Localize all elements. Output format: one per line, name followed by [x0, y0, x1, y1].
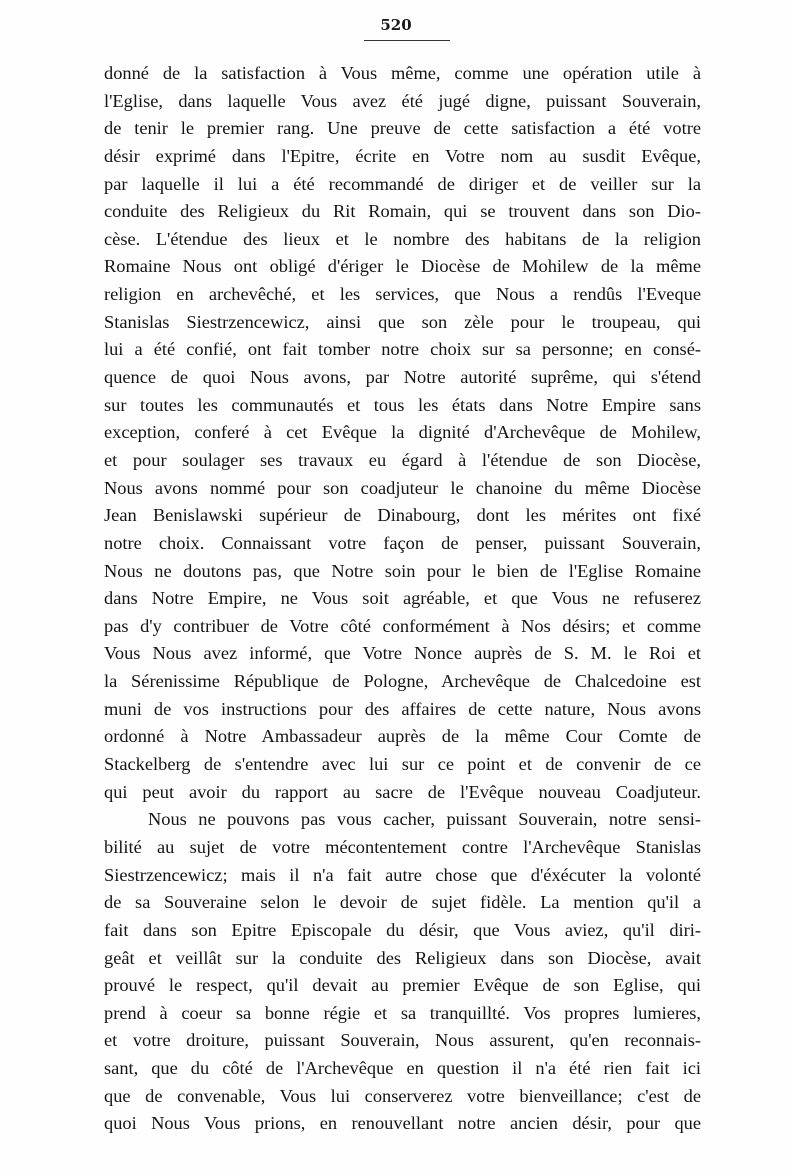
text-line: qui peut avoir du rapport au sacre de l'…	[104, 779, 701, 807]
text-line: par laquelle il lui a été recommandé de …	[104, 171, 701, 199]
text-line: et votre droiture, puissant Souverain, N…	[104, 1027, 701, 1055]
text-line: dans Notre Empire, ne Vous soit agréable…	[104, 585, 701, 613]
text-line: geât et veillât sur la conduite des Reli…	[104, 945, 701, 973]
text-line: religion en archevêché, et les services,…	[104, 281, 701, 309]
book-page: 520 donné de la satisfaction à Vous même…	[0, 0, 792, 1176]
text-line: quence de quoi Nous avons, par Notre aut…	[104, 364, 701, 392]
text-line: sant, que du côté de l'Archevêque en que…	[104, 1055, 701, 1083]
body-text: donné de la satisfaction à Vous même, co…	[104, 60, 701, 1138]
text-line: lui a été confié, ont fait tomber notre …	[104, 336, 701, 364]
text-line: de sa Souveraine selon le devoir de suje…	[104, 889, 701, 917]
text-line: muni de vos instructions pour des affair…	[104, 696, 701, 724]
text-line: cèse. L'étendue des lieux et le nombre d…	[104, 226, 701, 254]
text-line: Siestrzencewicz; mais il n'a fait autre …	[104, 862, 701, 890]
text-line: Nous avons nommé pour son coadjuteur le …	[104, 475, 701, 503]
page-number: 520	[0, 16, 792, 34]
text-line: prouvé le respect, qu'il devait au premi…	[104, 972, 701, 1000]
page-number-rule	[364, 40, 450, 41]
text-line: Nous ne doutons pas, que Notre soin pour…	[104, 558, 701, 586]
text-line: pas d'y contribuer de Votre côté conform…	[104, 613, 701, 641]
text-line: conduite des Religieux du Rit Romain, qu…	[104, 198, 701, 226]
text-line: exception, conferé à cet Evêque la digni…	[104, 419, 701, 447]
text-line: prend à coeur sa bonne régie et sa tranq…	[104, 1000, 701, 1028]
text-line: désir exprimé dans l'Epitre, écrite en V…	[104, 143, 701, 171]
text-line: ordonné à Notre Ambassadeur auprès de la…	[104, 723, 701, 751]
text-line: bilité au sujet de votre mécontentement …	[104, 834, 701, 862]
text-line: que de convenable, Vous lui conserverez …	[104, 1083, 701, 1111]
text-line: de tenir le premier rang. Une preuve de …	[104, 115, 701, 143]
text-line: Vous Nous avez informé, que Votre Nonce …	[104, 640, 701, 668]
text-line: l'Eglise, dans laquelle Vous avez été ju…	[104, 88, 701, 116]
text-line: Jean Benislawski supérieur de Dinabourg,…	[104, 502, 701, 530]
text-line: Stackelberg de s'entendre avec lui sur c…	[104, 751, 701, 779]
text-line: Romaine Nous ont obligé d'ériger le Dioc…	[104, 253, 701, 281]
text-line: et pour soulager ses travaux eu égard à …	[104, 447, 701, 475]
text-line: Stanislas Siestrzencewicz, ainsi que son…	[104, 309, 701, 337]
text-line: notre choix. Connaissant votre façon de …	[104, 530, 701, 558]
text-line: la Sérenissime République de Pologne, Ar…	[104, 668, 701, 696]
text-line: fait dans son Epitre Episcopale du désir…	[104, 917, 701, 945]
text-line: quoi Nous Vous prions, en renouvellant n…	[104, 1110, 701, 1138]
paragraph-first-line: Nous ne pouvons pas vous cacher, puissan…	[104, 806, 701, 834]
text-line: sur toutes les communautés et tous les é…	[104, 392, 701, 420]
text-line: donné de la satisfaction à Vous même, co…	[104, 60, 701, 88]
